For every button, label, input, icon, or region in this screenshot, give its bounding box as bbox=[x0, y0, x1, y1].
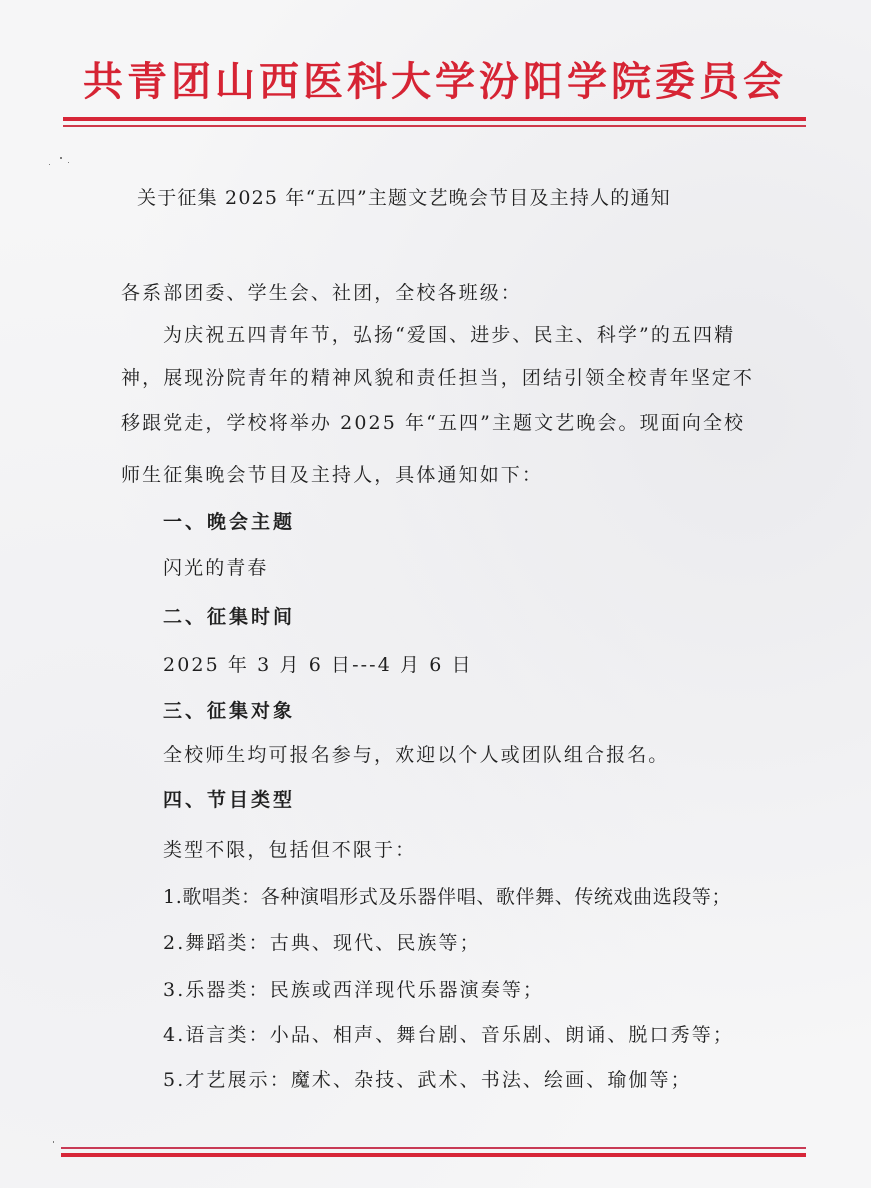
section-heading-theme: 一、晚会主题 bbox=[163, 508, 295, 536]
program-type-item: 4.语言类：小品、相声、舞台剧、音乐剧、朗诵、脱口秀等； bbox=[163, 1021, 734, 1049]
intro-line: 师生征集晚会节目及主持人，具体通知如下： bbox=[121, 461, 543, 489]
program-type-item: 3.乐器类：民族或西洋现代乐器演奏等； bbox=[163, 976, 544, 1004]
section-content-time: 2025 年 3 月 6 日---4 月 6 日 bbox=[163, 651, 473, 679]
intro-line: 神，展现汾院青年的精神风貌和责任担当，团结引领全校青年坚定不 bbox=[121, 364, 754, 392]
section-heading-audience: 三、征集对象 bbox=[163, 697, 295, 725]
program-type-item: 5.才艺展示：魔术、杂技、武术、书法、绘画、瑜伽等； bbox=[163, 1066, 692, 1094]
section-heading-program-types: 四、节目类型 bbox=[163, 786, 295, 814]
program-type-item: 1.歌唱类：各种演唱形式及乐器伴唱、歌伴舞、传统戏曲选段等； bbox=[163, 883, 731, 911]
program-types-intro: 类型不限，包括但不限于： bbox=[163, 836, 416, 864]
intro-line: 移跟党走，学校将举办 2025 年“五四”主题文艺晚会。现面向全校 bbox=[121, 409, 745, 437]
scan-speck bbox=[60, 157, 62, 159]
section-heading-time: 二、征集时间 bbox=[163, 603, 295, 631]
letterhead-rule-thin bbox=[63, 125, 806, 127]
letterhead-organization: 共青团山西医科大学汾阳学院委员会 bbox=[60, 58, 810, 106]
section-content-audience: 全校师生均可报名参与，欢迎以个人或团队组合报名。 bbox=[163, 741, 669, 769]
document-title: 关于征集 2025 年“五四”主题文艺晚会节目及主持人的通知 bbox=[137, 184, 757, 212]
footer-rule-thin bbox=[61, 1147, 806, 1149]
program-type-item: 2.舞蹈类：古典、现代、民族等； bbox=[163, 929, 481, 957]
salutation: 各系部团委、学生会、社团，全校各班级： bbox=[121, 279, 522, 307]
section-content-theme: 闪光的青春 bbox=[163, 554, 269, 582]
scan-speck bbox=[49, 164, 50, 165]
footer-rule-thick bbox=[61, 1153, 806, 1157]
paper-background bbox=[0, 0, 871, 1188]
scan-speck bbox=[68, 162, 69, 163]
scan-speck bbox=[53, 1141, 54, 1143]
letterhead-rule-thick bbox=[63, 117, 806, 121]
intro-line: 为庆祝五四青年节，弘扬“爱国、进步、民主、科学”的五四精 bbox=[163, 321, 735, 349]
